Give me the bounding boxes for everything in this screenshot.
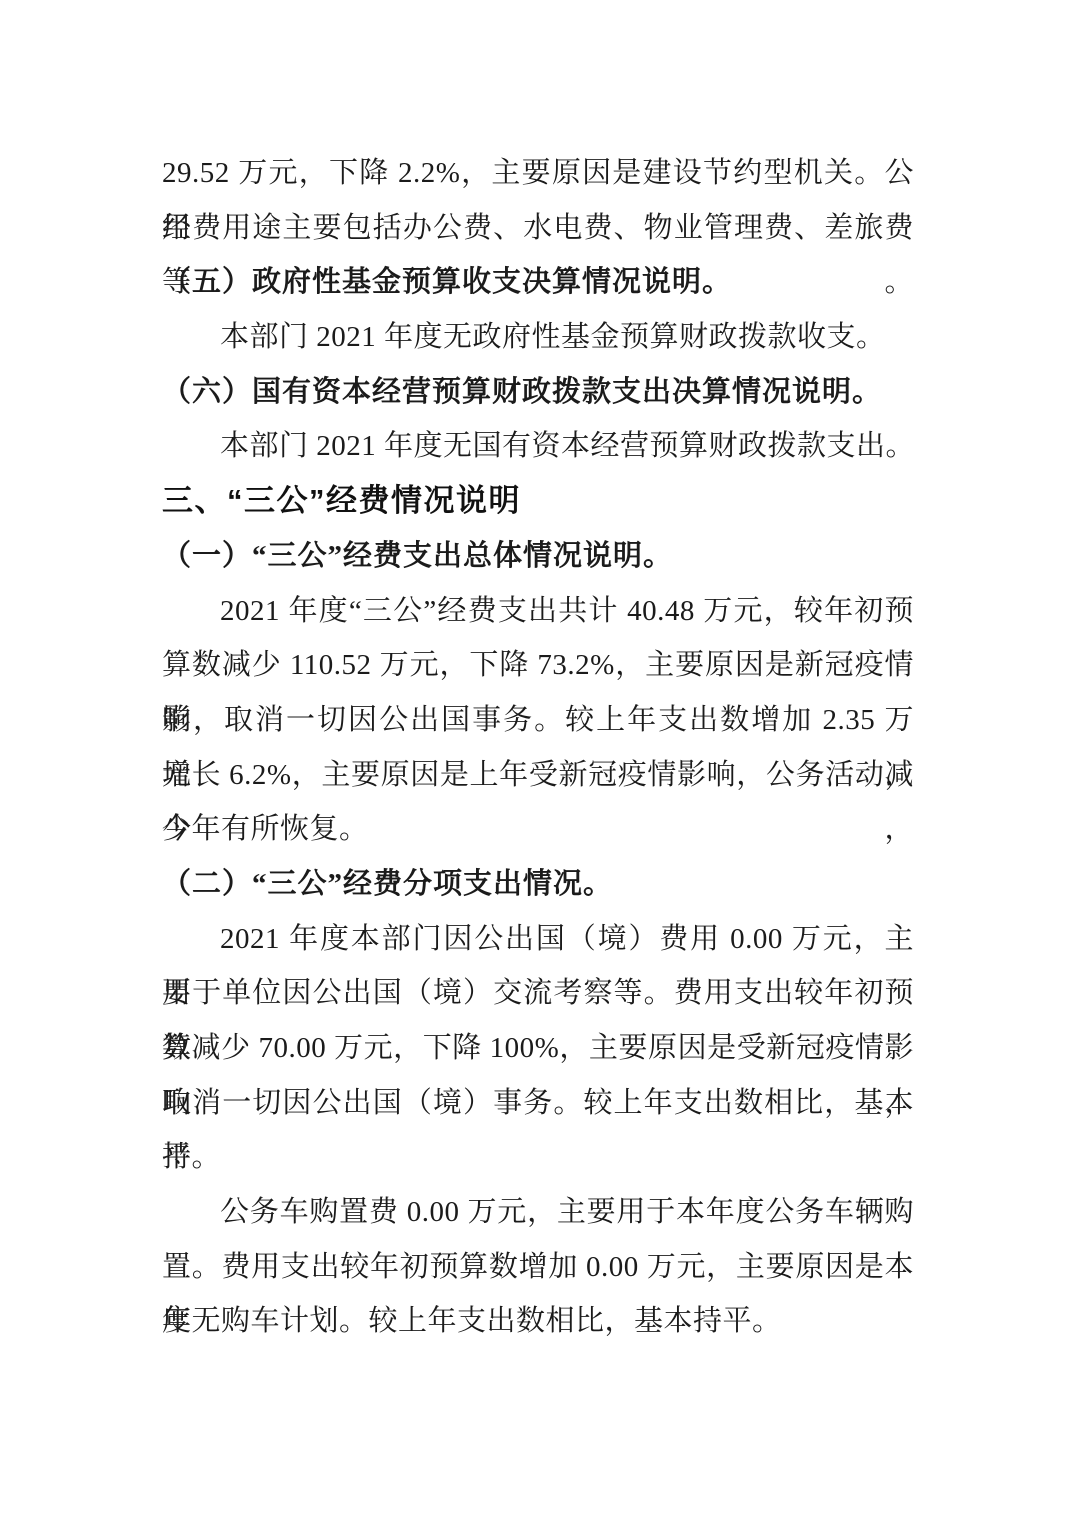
body-line: 度无购车计划。较上年支出数相比，基本持平。 (162, 1294, 914, 1349)
body-line: 平。 (162, 1130, 914, 1185)
document-text-block: 29.52 万元，下降 2.2%，主要原因是建设节约型机关。公用 经费用途主要包… (162, 146, 914, 1349)
subsection-heading: （一）“三公”经费支出总体情况说明。 (162, 529, 914, 584)
document-page: 29.52 万元，下降 2.2%，主要原因是建设节约型机关。公用 经费用途主要包… (0, 0, 1074, 1520)
body-line: 置。费用支出较年初预算数增加 0.00 万元，主要原因是本年 (162, 1240, 914, 1295)
body-line: 2021 年度“三公”经费支出共计 40.48 万元，较年初预 (162, 584, 914, 639)
section-heading: 三、“三公”经费情况说明 (162, 474, 914, 529)
body-line: 响，取消一切因公出国事务。较上年支出数增加 2.35 万元， (162, 693, 914, 748)
body-line: 经费用途主要包括办公费、水电费、物业管理费、差旅费等。 (162, 201, 914, 256)
body-line: 本部门 2021 年度无国有资本经营预算财政拨款支出。 (162, 419, 914, 474)
body-line: 数减少 70.00 万元，下降 100%，主要原因是受新冠疫情影响， (162, 1021, 914, 1076)
body-line: 2021 年度本部门因公出国（境）费用 0.00 万元，主要 (162, 912, 914, 967)
body-line: 本部门 2021 年度无政府性基金预算财政拨款收支。 (162, 310, 914, 365)
body-line: 增长 6.2%，主要原因是上年受新冠疫情影响，公务活动减少， (162, 748, 914, 803)
body-line: 取消一切因公出国（境）事务。较上年支出数相比，基本持 (162, 1076, 914, 1131)
subsection-heading: （二）“三公”经费分项支出情况。 (162, 857, 914, 912)
body-line: 公务车购置费 0.00 万元，主要用于本年度公务车辆购 (162, 1185, 914, 1240)
body-line: 29.52 万元，下降 2.2%，主要原因是建设节约型机关。公用 (162, 146, 914, 201)
subsection-heading: （六）国有资本经营预算财政拨款支出决算情况说明。 (162, 365, 914, 420)
body-line: 用于单位因公出国（境）交流考察等。费用支出较年初预算 (162, 966, 914, 1021)
body-line: 算数减少 110.52 万元，下降 73.2%，主要原因是新冠疫情影 (162, 638, 914, 693)
